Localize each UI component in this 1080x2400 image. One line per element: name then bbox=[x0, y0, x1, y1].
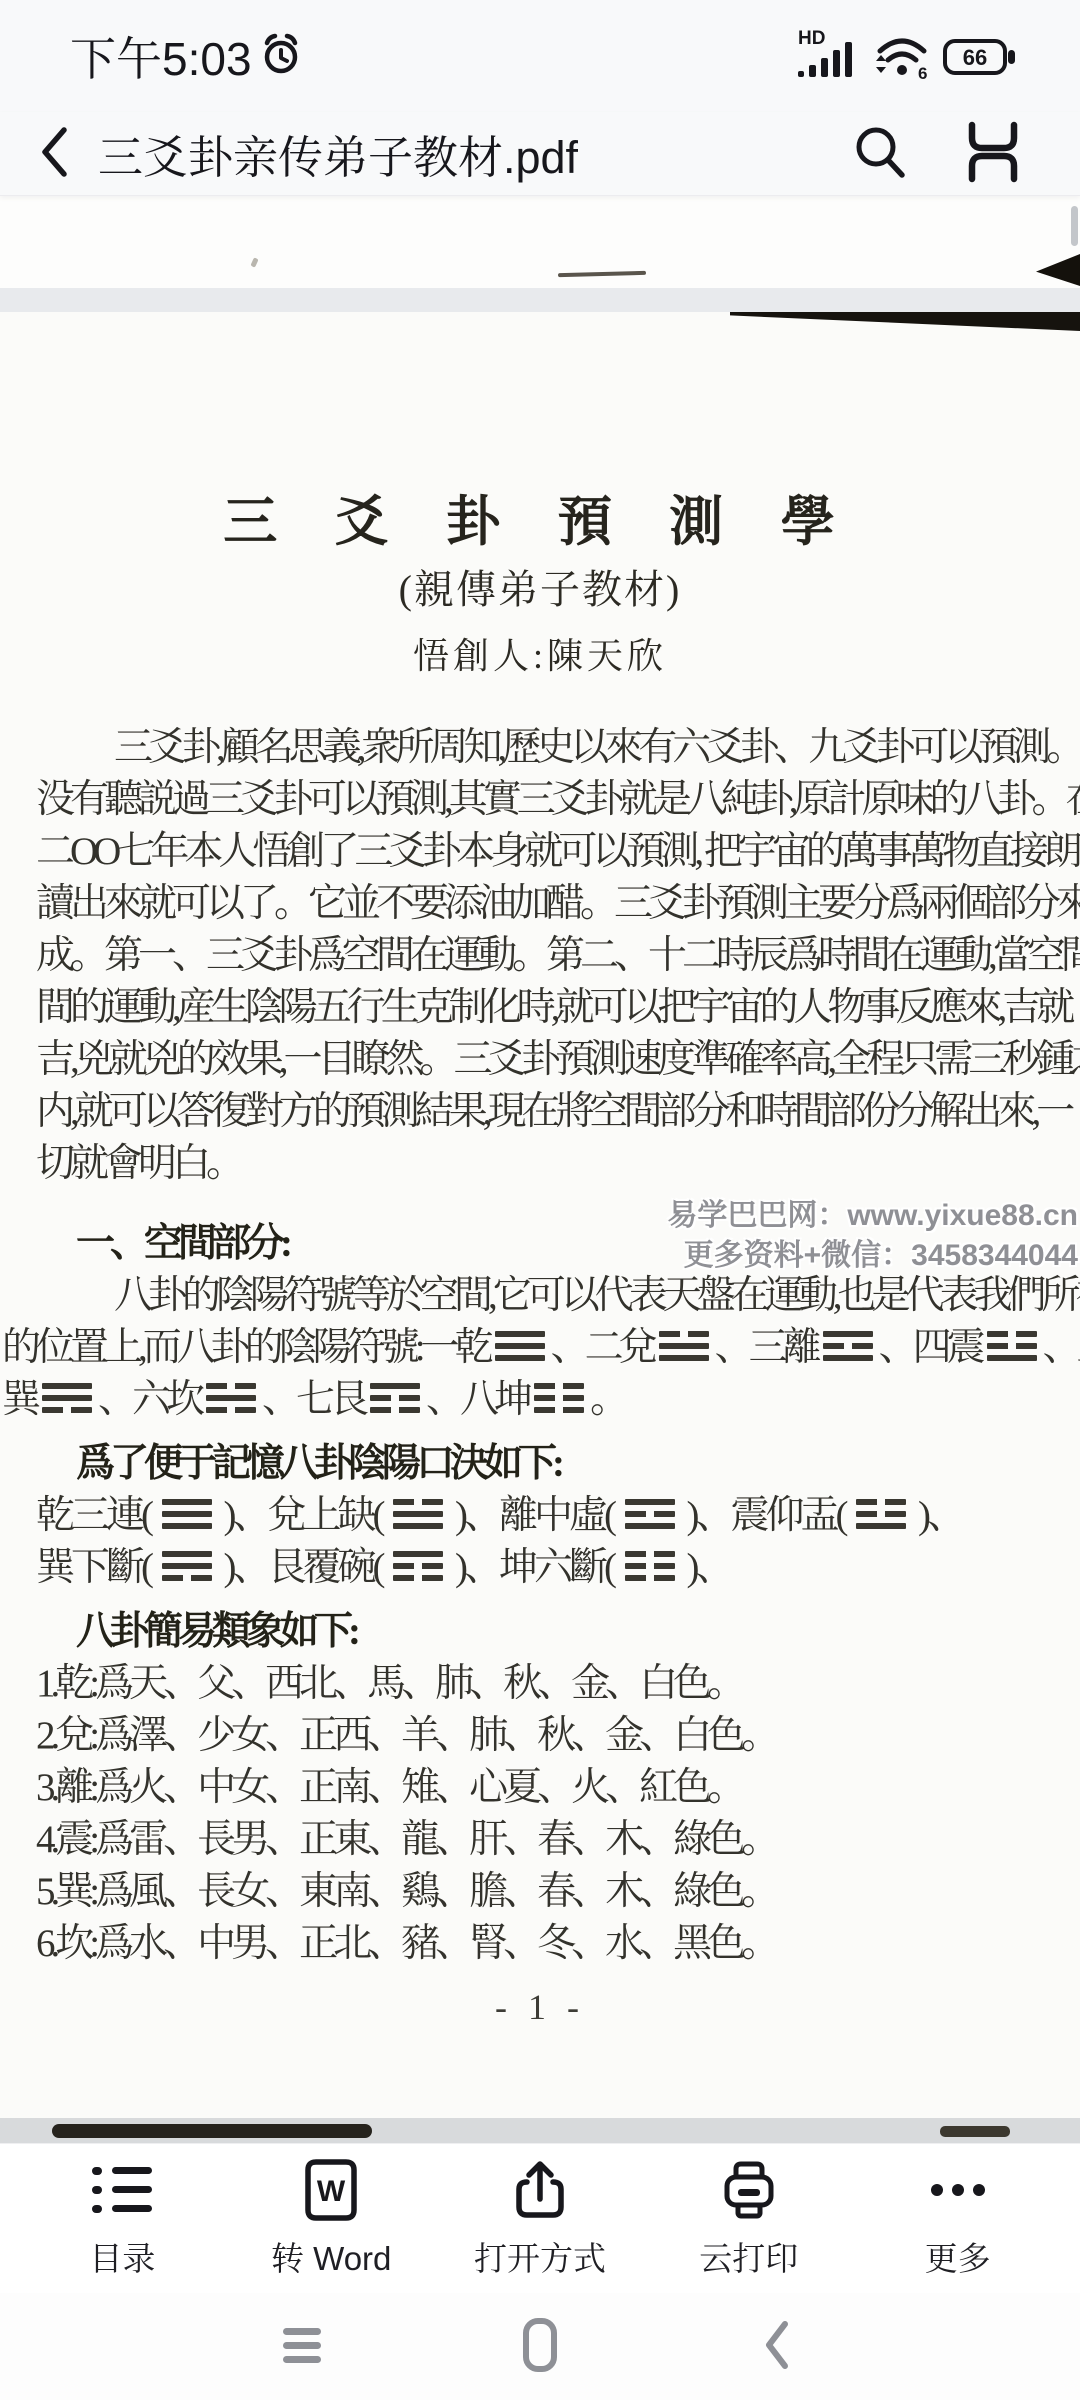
toc-button[interactable]: 目录 bbox=[22, 2157, 222, 2280]
cloud-print-icon bbox=[718, 2157, 780, 2223]
doc-line: 切就會明白。 bbox=[36, 1138, 1044, 1190]
recents-icon bbox=[274, 2317, 330, 2376]
trigram-icon bbox=[393, 1551, 443, 1581]
scan-artifact bbox=[940, 2126, 1010, 2137]
doc-line: 成。第一、三爻卦爲空間在運動。第二、十二時辰爲時間在運動,當空間與時 bbox=[36, 930, 1044, 982]
scan-artifact bbox=[52, 2124, 372, 2138]
bottom-toolbar: 目录 W 转 Word 打开方式 bbox=[0, 2143, 1080, 2293]
pdf-viewport[interactable]: 三 爻 卦 預 測 學 (親傳弟子教材) 悟創人:陳天欣 三爻卦,顧名思義,衆所… bbox=[0, 196, 1080, 2143]
trigram-icon bbox=[495, 1331, 545, 1361]
tabs-icon bbox=[962, 121, 1024, 186]
app-header: 三爻卦亲传弟子教材.pdf bbox=[0, 112, 1080, 196]
watermark-line1: 易学巴巴网：www.yixue88.cn bbox=[667, 1196, 1078, 1236]
doc-title: 三 爻 卦 預 測 學 bbox=[36, 492, 1044, 552]
doc-text: )、兌上缺( bbox=[218, 1494, 387, 1537]
more-label: 更多 bbox=[925, 2233, 991, 2280]
share-icon bbox=[509, 2157, 571, 2223]
doc-line: 4.震:爲雷、長男、正東、龍、肝、春、木、綠色。 bbox=[36, 1814, 1044, 1866]
doc-text: 、八坤 bbox=[426, 1378, 528, 1421]
doc-line: 間的運動,産生陰陽五行生克制化時,就可以把宇宙的人物事反應來,吉就 bbox=[36, 982, 1044, 1034]
doc-text: 、七艮 bbox=[262, 1378, 364, 1421]
search-icon bbox=[850, 121, 910, 186]
doc-lines: 三爻卦,顧名思義,衆所周知,歷史以來有六爻卦、九爻卦可以預測。但没有聽説過三爻卦… bbox=[36, 722, 1044, 1970]
doc-line: 巽下斷( )、艮覆碗( )、坤六斷( )、 bbox=[36, 1542, 1044, 1594]
next-page-edge bbox=[0, 2118, 1080, 2143]
watermark: 易学巴巴网：www.yixue88.cn 更多资料+微信：3458344044 bbox=[667, 1196, 1078, 1276]
doc-line: 1.乾:爲天、父、西北、馬、肺、秋、金、白色。 bbox=[36, 1658, 1044, 1710]
scan-artifact bbox=[1036, 254, 1080, 286]
word-icon: W bbox=[302, 2157, 360, 2223]
doc-line: 5.巽:爲風、長女、東南、鷄、膽、春、木、綠色。 bbox=[36, 1866, 1044, 1918]
more-icon bbox=[925, 2157, 991, 2223]
page-number: - 1 - bbox=[36, 1986, 1044, 2028]
trigram-icon bbox=[42, 1383, 92, 1413]
trigram-icon bbox=[534, 1383, 584, 1413]
hd-label: HD bbox=[798, 29, 825, 49]
doc-line: 3.離:爲火、中女、正南、雉、心夏、火、紅色。 bbox=[36, 1762, 1044, 1814]
more-button[interactable]: 更多 bbox=[858, 2157, 1058, 2280]
doc-line: 巽、六坎、七艮、八坤。 bbox=[2, 1374, 1044, 1426]
scan-artifact bbox=[250, 257, 258, 267]
doc-line: 爲了便于記憶八卦陰陽口決如下: bbox=[36, 1438, 1044, 1490]
doc-text: )、 bbox=[912, 1494, 962, 1537]
doc-text: 、二兌 bbox=[551, 1326, 653, 1369]
doc-line: 吉,兇就兇的效果,一目瞭然。三爻卦預測速度準確率高,全程只需三秒鍾之 bbox=[36, 1034, 1044, 1086]
doc-text: 巽下斷( bbox=[36, 1546, 156, 1589]
to-word-button[interactable]: W 转 Word bbox=[231, 2157, 431, 2280]
watermark-line2: 更多资料+微信：3458344044 bbox=[667, 1236, 1078, 1276]
trigram-icon bbox=[659, 1331, 709, 1361]
back-icon bbox=[34, 123, 74, 184]
doc-author: 悟創人:陳天欣 bbox=[36, 634, 1044, 678]
trigram-icon bbox=[162, 1499, 212, 1529]
doc-line: 八卦的陰陽符號等於空間,它可以代表天盤在運動,也是代表我們所在 bbox=[36, 1270, 1044, 1322]
toc-icon bbox=[90, 2157, 154, 2223]
doc-line: 二OO七年本人悟創了三爻卦本身就可以預測, 把宇宙的萬事萬物直接朗 bbox=[36, 826, 1044, 878]
doc-text: )、艮覆碗( bbox=[218, 1546, 387, 1589]
doc-text: 乾三連( bbox=[36, 1494, 156, 1537]
doc-line: 讀出來就可以了。它並不要添油加醋。三爻卦預測主要分爲兩個部分來組 bbox=[36, 878, 1044, 930]
signal-icon: HD bbox=[784, 29, 856, 84]
clock-time: 下午5:03 bbox=[70, 23, 252, 89]
document-title: 三爻卦亲传弟子教材.pdf bbox=[98, 121, 578, 186]
system-nav-bar bbox=[0, 2293, 1080, 2400]
tabs-button[interactable] bbox=[962, 121, 1024, 186]
recents-button[interactable] bbox=[274, 2317, 330, 2376]
doc-text: 、四震 bbox=[879, 1326, 981, 1369]
back-button[interactable] bbox=[34, 123, 74, 184]
toc-label: 目录 bbox=[89, 2233, 155, 2280]
svg-text:W: W bbox=[317, 2175, 346, 2208]
open-with-button[interactable]: 打开方式 bbox=[440, 2157, 640, 2280]
wifi6-label: 6 bbox=[918, 64, 927, 79]
search-button[interactable] bbox=[850, 121, 910, 186]
doc-text: 巽 bbox=[2, 1378, 36, 1421]
doc-line: 三爻卦,顧名思義,衆所周知,歷史以來有六爻卦、九爻卦可以預測。但 bbox=[36, 722, 1044, 774]
trigram-icon bbox=[206, 1383, 256, 1413]
home-button[interactable] bbox=[512, 2317, 568, 2376]
doc-text: 。 bbox=[590, 1378, 624, 1421]
doc-text: )、離中虛( bbox=[449, 1494, 618, 1537]
pdf-page-1: 三 爻 卦 預 測 學 (親傳弟子教材) 悟創人:陳天欣 三爻卦,顧名思義,衆所… bbox=[0, 312, 1080, 2118]
page-gap bbox=[0, 288, 1080, 312]
trigram-icon bbox=[856, 1499, 906, 1529]
trigram-icon bbox=[823, 1331, 873, 1361]
doc-subtitle: (親傳弟子教材) bbox=[36, 566, 1044, 614]
cloud-print-label: 云打印 bbox=[699, 2233, 798, 2280]
alarm-icon bbox=[260, 31, 302, 82]
doc-text: )、坤六斷( bbox=[449, 1546, 618, 1589]
trigram-icon bbox=[625, 1499, 675, 1529]
back-icon bbox=[750, 2317, 806, 2376]
doc-line: 的位置上,而八卦的陰陽符號:一乾、二兌、三離、四震、五 bbox=[2, 1322, 1044, 1374]
status-bar: 下午5:03 HD bbox=[0, 0, 1080, 112]
battery-percent: 66 bbox=[963, 45, 987, 70]
trigram-icon bbox=[393, 1499, 443, 1529]
doc-text: )、震仰盂( bbox=[681, 1494, 850, 1537]
doc-line: 八卦簡易類象如下: bbox=[36, 1606, 1044, 1658]
nav-back-button[interactable] bbox=[750, 2317, 806, 2376]
doc-line: 内,就可以答復對方的預測結果,現在將空間部分和時間部份分解出來,一 bbox=[36, 1086, 1044, 1138]
trigram-icon bbox=[370, 1383, 420, 1413]
battery-icon: 66 bbox=[942, 35, 1018, 84]
trigram-icon bbox=[625, 1551, 675, 1581]
doc-line: 没有聽説過三爻卦可以預測,其實三爻卦就是八純卦,原計原味的八卦。在 bbox=[36, 774, 1044, 826]
trigram-icon bbox=[987, 1331, 1037, 1361]
doc-line: 6.坎:爲水、中男、正北、豬、腎、冬、水、黑色。 bbox=[36, 1918, 1044, 1970]
doc-text: 、六坎 bbox=[98, 1378, 200, 1421]
wifi-icon: 6 bbox=[868, 29, 930, 84]
scan-artifact bbox=[730, 312, 1080, 331]
home-icon bbox=[512, 2317, 568, 2376]
scrollbar[interactable] bbox=[1071, 206, 1078, 246]
doc-text: )、 bbox=[681, 1546, 731, 1589]
cloud-print-button[interactable]: 云打印 bbox=[649, 2157, 849, 2280]
doc-text: 的位置上,而八卦的陰陽符號:一乾 bbox=[2, 1326, 489, 1369]
previous-page-bottom bbox=[0, 196, 1080, 288]
to-word-label: 转 Word bbox=[271, 2233, 391, 2280]
scan-artifact bbox=[558, 271, 646, 277]
trigram-icon bbox=[162, 1551, 212, 1581]
doc-text: 、三離 bbox=[715, 1326, 817, 1369]
doc-line: 2.兌:爲澤、少女、正西、羊、肺、秋、金、白色。 bbox=[36, 1710, 1044, 1762]
open-with-label: 打开方式 bbox=[474, 2233, 606, 2280]
doc-text: 、五 bbox=[1043, 1326, 1080, 1369]
doc-line: 乾三連( )、兌上缺( )、離中虛( )、震仰盂( )、 bbox=[36, 1490, 1044, 1542]
